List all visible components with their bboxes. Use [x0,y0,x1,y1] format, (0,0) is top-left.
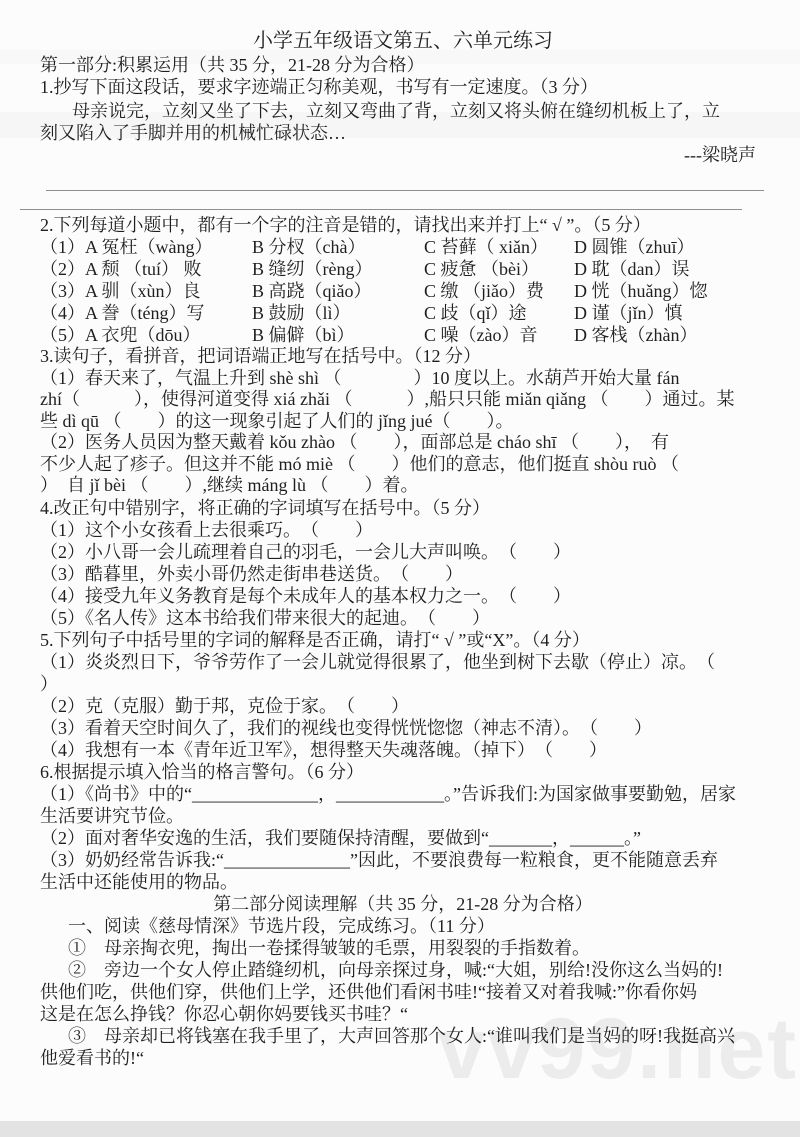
q6-line: （3）奶奶经常告诉我:“______________”因此，不要浪费每一粒粮食，… [40,849,766,871]
q6-stem: 6.根据提示填入恰当的格言警句。（6 分） [40,761,766,783]
q3-line: （2）医务人员因为整天戴着 kǒu zhào （ ），面部总是 cháo shī… [40,432,766,454]
q2-option-c: C 歧（qǐ）途 [424,302,574,324]
reading-para-2-line: 这是在怎么挣钱？你忍心朝你妈要钱买书哇？“ [40,1003,766,1025]
q2-option-a: （3）A 驯（xùn）良 [40,280,252,302]
exam-page: vv99.net 小学五年级语文第五、六单元练习 第一部分:积累运用（共 35 … [0,0,800,1137]
reading-para-2-line: 供他们吃，供他们穿，供他们上学，还供他们看闲书哇!“接着又对着我喊:”你看你妈 [40,981,766,1003]
part1-header: 第一部分:积累运用（共 35 分，21-28 分为合格） [40,54,766,76]
q3-line: 些 dì qū （ ）的这一现象引起了人们的 jǐng jué（ ）。 [40,411,766,433]
q6-line: 生活要讲究节俭。 [40,805,766,827]
q1-stem: 1.抄写下面这段话，要求字迹端正匀称美观，书写有一定速度。（3 分） [40,76,766,98]
q2-option-b: B 分杈（chà） [252,236,424,258]
exam-title: 小学五年级语文第五、六单元练习 [40,29,766,53]
reading-stem: 一、阅读《慈母情深》节选片段，完成练习。（11 分） [40,915,766,937]
q2-option-b: B 缝纫（rèng） [252,258,424,280]
q4-item: （2）小八哥一会儿疏理着自己的羽毛，一会儿大声叫唤。 （ ） [40,541,766,563]
q5-item: （2）克（克服）勤于邦，克俭于家。 （ ） [40,695,766,717]
part2-header: 第二部分阅读理解（共 35 分，21-28 分为合格） [40,893,766,915]
reading-para-1: ① 母亲掏衣兜，掏出一卷揉得皱皱的毛票，用裂裂的手指数着。 [40,937,766,959]
q2-option-a: （1）A 冤枉（wàng） [40,236,252,258]
q3-line: ） 自 jǐ bèi （ ）,继续 máng lù （ ）着。 [40,475,766,497]
q3-line: （1）春天来了，气温上升到 shè shì （ ）10 度以上。水葫芦开始大量 … [40,368,766,390]
q2-option-b: B 偏僻（bì） [252,324,424,346]
q2-option-d: D 客栈（zhàn） [574,324,766,346]
q2-option-b: B 鼓励（lì） [252,302,424,324]
reading-para-3-line: ③ 母亲却已将钱塞在我手里了，大声回答那个女人:“谁叫我们是当妈的呀!我挺高兴 [40,1025,766,1047]
q2-row-3: （3）A 驯（xùn）良 B 高跷（qiǎo） C 缴 （jiǎo）费 D 恍（… [40,280,766,302]
q6-line: （2）面对奢华安逸的生活，我们要随保持清醒，要做到“_______，______… [40,827,766,849]
q2-option-d: D 耽（dan）误 [574,258,766,280]
q5-item: （4）我想有一本《青年近卫军》，想得整天失魂落魄。（掉下） （ ） [40,739,766,761]
q2-option-c: C 苔藓（ xiǎn） [424,236,574,258]
q2-option-d: D 圆锥（zhuī） [574,236,766,258]
exam-content: 小学五年级语文第五、六单元练习 第一部分:积累运用（共 35 分，21-28 分… [0,0,800,1069]
page-bottom-edge [0,1121,800,1137]
reading-para-3-line: 他爱看书的!“ [40,1047,766,1069]
q3-block: 3.读句子，看拼音，把词语端正地写在括号中。（12 分） （1）春天来了，气温上… [40,346,766,497]
q2-option-d: D 谨（jǐn）慎 [574,302,766,324]
q2-row-1: （1）A 冤枉（wàng） B 分杈（chà） C 苔藓（ xiǎn） D 圆锥… [40,236,766,258]
q5-stem: 5.下列句子中括号里的字词的解释是否正确，请打“ √ ”或“X”。（4 分） [40,629,766,651]
answer-writing-line-1 [46,190,764,191]
q4-item: （5）《名人传》这本书给我们带来很大的起迪。 （ ） [40,607,766,629]
answer-writing-line-2 [20,209,742,210]
q4-item: （1）这个小女孩看上去很乘巧。 （ ） [40,519,766,541]
q2-option-c: C 噪（zào）音 [424,324,574,346]
q2-row-5: （5）A 衣兜（dōu） B 偏僻（bì） C 噪（zào）音 D 客栈（zhà… [40,324,766,346]
q2-option-a: （4）A 誊（téng）写 [40,302,252,324]
q2-option-c: C 疲惫 （bèi） [424,258,574,280]
q2-option-a: （2）A 颓 （tuí） 败 [40,258,252,280]
q1-passage-line2: 刻又陷入了手脚并用的机械忙碌状态… [40,122,766,144]
q5-item: ） [40,673,766,695]
q4-item: （4）接受九年义务教育是每个未成年人的基本权力之一。 （ ） [40,585,766,607]
q1-attribution: ---梁晓声 [40,144,766,166]
reading-para-2-line: ② 旁边一个女人停止踏缝纫机，向母亲探过身，喊:“大姐，别给!没你这么当妈的! [40,959,766,981]
q2-option-b: B 高跷（qiǎo） [252,280,424,302]
q5-item: （1）炎炎烈日下，爷爷劳作了一会儿就觉得很累了，他坐到树下去歇（停止）凉。 （ [40,651,766,673]
q6-line: （1）《尚书》中的“______________，____________。”告… [40,783,766,805]
q2-option-c: C 缴 （jiǎo）费 [424,280,574,302]
q1-passage-line1: 母亲说完，立刻又坐了下去，立刻又弯曲了背，立刻又将头俯在缝纫机板上了，立 [40,100,766,122]
q2-row-4: （4）A 誊（téng）写 B 鼓励（lì） C 歧（qǐ）途 D 谨（jǐn）… [40,302,766,324]
q2-row-2: （2）A 颓 （tuí） 败 B 缝纫（rèng） C 疲惫 （bèi） D 耽… [40,258,766,280]
q3-line: 不少人起了疹子。但这并不能 mó miè （ ）他们的意志，他们挺直 shòu … [40,454,766,476]
q4-item: （3）酷暮里，外卖小哥仍然走街串巷送货。 （ ） [40,563,766,585]
q3-line: zhí（ ），使得河道变得 xiá zhǎi （ ）,船只只能 miǎn qiǎ… [40,389,766,411]
q2-option-d: D 恍（huǎng）惚 [574,280,766,302]
q4-stem: 4.改正句中错别字，将正确的字词填写在括号中。（5 分） [40,497,766,519]
q5-item: （3）看着天空时间久了，我们的视线也变得恍恍惚惚（神志不清）。 （ ） [40,717,766,739]
q3-stem: 3.读句子，看拼音，把词语端正地写在括号中。（12 分） [40,346,766,368]
q6-line: 生活中还能使用的物品。 [40,871,766,893]
q2-stem: 2.下列每道小题中，都有一个字的注音是错的，请找出来并打上“ √ ”。（5 分） [40,214,766,236]
q2-option-a: （5）A 衣兜（dōu） [40,324,252,346]
